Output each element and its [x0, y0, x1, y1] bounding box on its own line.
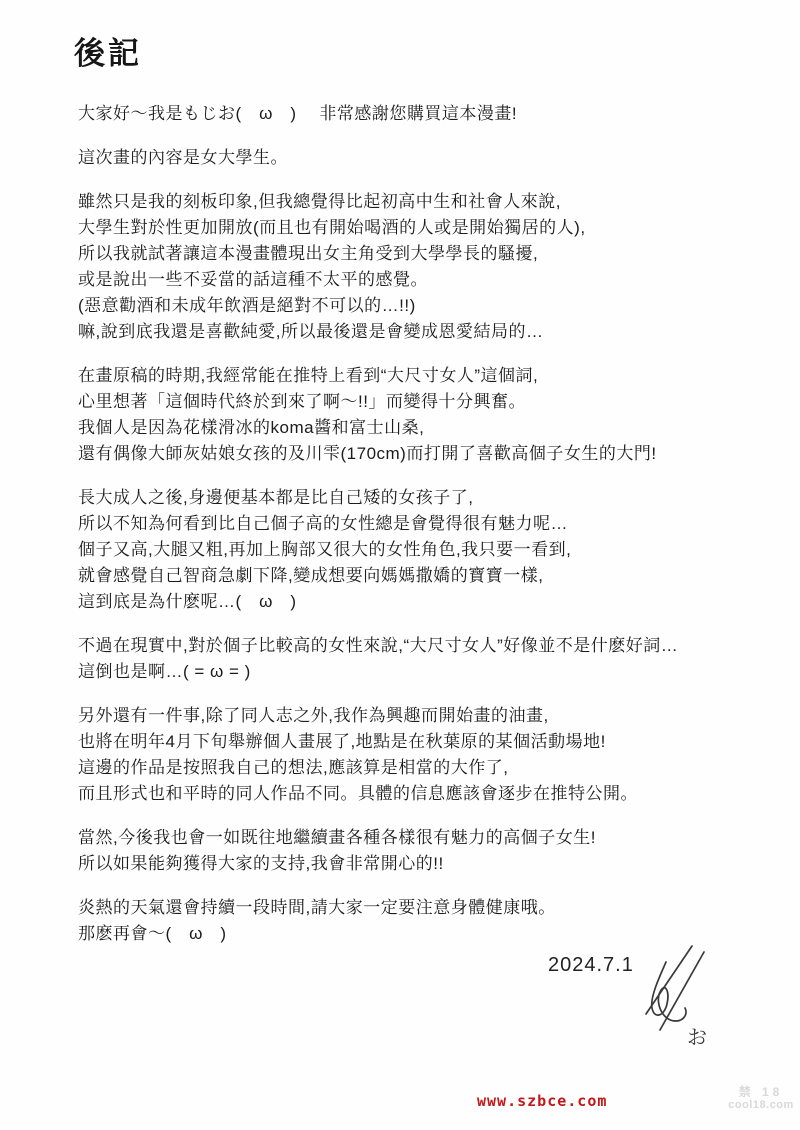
paragraph-line: 所以我就試著讓這本漫畫體現出女主角受到大學學長的騷擾, — [78, 241, 678, 267]
date-signature-row: 2024.7.1 お — [0, 940, 800, 1060]
paragraph-line: 大家好～我是もじお( ω ) 非常感謝您購買這本漫畫! — [78, 101, 678, 127]
paragraph: 當然,今後我也會一如既往地繼續畫各種各樣很有魅力的高個子女生! 所以如果能夠獲得… — [78, 825, 678, 877]
paragraph-line: 這到底是為什麽呢…( ω ) — [78, 589, 678, 615]
paragraph-line: 雖然只是我的刻板印象,但我總覺得比起初高中生和社會人來說, — [78, 189, 678, 215]
paragraph-line: 嘛,說到底我還是喜歡純愛,所以最後還是會變成恩愛結局的… — [78, 319, 678, 345]
signature-char: お — [687, 1027, 707, 1049]
paragraph-line: 另外還有一件事,除了同人志之外,我作為興趣而開始畫的油畫, — [78, 703, 678, 729]
paragraph-line: 這倒也是啊…( = ω = ) — [78, 659, 678, 685]
cool18-watermark-bottom: cool18.com — [726, 1099, 796, 1112]
paragraph-line: 個子又高,大腿又粗,再加上胸部又很大的女性角色,我只要一看到, — [78, 537, 678, 563]
cool18-watermark: 禁 18 cool18.com — [726, 1086, 796, 1112]
paragraph-line: 我個人是因為花樣滑冰的koma醬和富士山桑, — [78, 415, 678, 441]
cool18-watermark-top: 禁 18 — [726, 1086, 796, 1099]
paragraph-line: 長大成人之後,身邊便基本都是比自己矮的女孩子了, — [78, 485, 678, 511]
paragraph-line: 當然,今後我也會一如既往地繼續畫各種各樣很有魅力的高個子女生! — [78, 825, 678, 851]
paragraph-line: 在畫原稿的時期,我經常能在推特上看到“大尺寸女人”這個詞, — [78, 363, 678, 389]
signature-icon: お — [632, 942, 714, 1054]
paragraph-line: 就會感覺自己智商急劇下降,變成想要向媽媽撒嬌的寶寶一樣, — [78, 563, 678, 589]
paragraph: 長大成人之後,身邊便基本都是比自己矮的女孩子了, 所以不知為何看到比自己個子高的… — [78, 485, 678, 615]
paragraph-line: 心里想著「這個時代終於到來了啊～!!」而變得十分興奮。 — [78, 389, 678, 415]
paragraph: 這次畫的內容是女大學生。 — [78, 145, 678, 171]
date-text: 2024.7.1 — [548, 954, 634, 977]
paragraph-line: 或是說出一些不妥當的話這種不太平的感覺。 — [78, 267, 678, 293]
paragraph-line: 所以不知為何看到比自己個子高的女性總是會覺得很有魅力呢… — [78, 511, 678, 537]
watermark-url: www.szbce.com — [477, 1092, 607, 1110]
paragraph-line: 而且形式也和平時的同人作品不同。具體的信息應該會逐步在推特公開。 — [78, 781, 678, 807]
paragraph: 另外還有一件事,除了同人志之外,我作為興趣而開始畫的油畫, 也將在明年4月下旬舉… — [78, 703, 678, 807]
afterword-body: 大家好～我是もじお( ω ) 非常感謝您購買這本漫畫! 這次畫的內容是女大學生。… — [78, 101, 678, 965]
paragraph: 雖然只是我的刻板印象,但我總覺得比起初高中生和社會人來說, 大學生對於性更加開放… — [78, 189, 678, 345]
paragraph-line: 也將在明年4月下旬舉辦個人畫展了,地點是在秋葉原的某個活動場地! — [78, 729, 678, 755]
paragraph: 大家好～我是もじお( ω ) 非常感謝您購買這本漫畫! — [78, 101, 678, 127]
paragraph-line: (惡意勸酒和未成年飲酒是絕對不可以的…!!) — [78, 293, 678, 319]
paragraph-line: 不過在現實中,對於個子比較高的女性來說,“大尺寸女人”好像並不是什麽好詞… — [78, 633, 678, 659]
paragraph-line: 大學生對於性更加開放(而且也有開始喝酒的人或是開始獨居的人), — [78, 215, 678, 241]
paragraph-line: 炎熱的天氣還會持續一段時間,請大家一定要注意身體健康哦。 — [78, 895, 678, 921]
paragraph-line: 這邊的作品是按照我自己的想法,應該算是相當的大作了, — [78, 755, 678, 781]
paragraph-line: 還有偶像大師灰姑娘女孩的及川雫(170cm)而打開了喜歡高個子女生的大門! — [78, 441, 678, 467]
paragraph-line: 所以如果能夠獲得大家的支持,我會非常開心的!! — [78, 851, 678, 877]
paragraph-line: 這次畫的內容是女大學生。 — [78, 145, 678, 171]
paragraph: 不過在現實中,對於個子比較高的女性來說,“大尺寸女人”好像並不是什麽好詞… 這倒… — [78, 633, 678, 685]
afterword-page: 後記 大家好～我是もじお( ω ) 非常感謝您購買這本漫畫! 這次畫的內容是女大… — [0, 0, 800, 1130]
page-title: 後記 — [74, 28, 142, 73]
paragraph: 在畫原稿的時期,我經常能在推特上看到“大尺寸女人”這個詞, 心里想著「這個時代終… — [78, 363, 678, 467]
